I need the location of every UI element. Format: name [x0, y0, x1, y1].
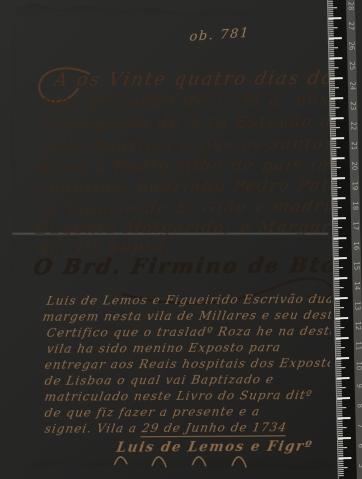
ruler-number: 6: [357, 441, 362, 450]
ruler-cm: 18: [332, 197, 359, 218]
ruler-cm: 25: [329, 57, 356, 78]
manuscript-line: Eugenia Malgarida; e Margari-: [35, 217, 348, 238]
ruler-cm: 12: [335, 317, 362, 338]
ruler-number: 23: [349, 101, 357, 110]
manuscript-line: mes de Junho de 1734 a. nesta: [41, 90, 352, 111]
ruler-number: 16: [352, 241, 360, 250]
ruler-cm: 14: [334, 277, 361, 298]
worm-hole: [19, 11, 23, 15]
manuscript-line: cognitos; padrinho Pedro Patello Pin-: [37, 175, 362, 197]
ruler-cm: 16: [333, 237, 360, 258]
ruler-scale: 2827262524232221201918171615141312111098…: [328, 0, 362, 479]
manuscript-line: Luis de Lemos e Figueirido Escrivão dua: [46, 292, 336, 308]
ruler-number: 15: [352, 261, 360, 270]
ruler-cm: 23: [330, 97, 357, 118]
ruler-number: 8: [356, 401, 362, 410]
ruler-number: 26: [347, 41, 355, 50]
ruler-cm: 9: [337, 377, 362, 398]
manuscript-line: de que fiz fazer a presente e a: [44, 404, 262, 420]
manuscript-line: Collegiada de S.to Estevão desta: [43, 112, 362, 133]
ruler-number: 27: [347, 21, 355, 30]
ruler-cm: 6: [338, 437, 362, 458]
photograph-of-manuscript: ob. 781 A os Vinte quatro dias do mes de…: [0, 0, 362, 479]
ruler-number: 18: [351, 201, 359, 210]
ruler-number: 28: [347, 1, 355, 10]
manuscript-line: matriculado neste Livro do Supra ditº: [44, 388, 314, 404]
ruler-number: 12: [354, 321, 362, 330]
manuscript-line: to Vigario de S. Gião e madrinha: [37, 197, 362, 218]
manuscript-line: vila ha sido menino Exposto para: [46, 340, 282, 356]
measurement-ruler: 2827262524232221201918171615141312111098…: [327, 0, 362, 479]
date-underlined: 29 de Junho de 1734: [140, 420, 288, 437]
ruler-cm: 19: [332, 177, 359, 198]
ruler-number: 19: [351, 181, 359, 190]
manuscript-line: margem nesta vila de Millares e seu dest…: [42, 308, 362, 324]
manuscript-line: olios a Pedro filho de pais in-: [39, 155, 339, 176]
ruler-cm: 22: [331, 117, 358, 138]
manuscript-line: villa bautizei e pus os santos: [41, 134, 337, 155]
ruler-number: 14: [353, 281, 361, 290]
ruler-cm: 20: [332, 157, 359, 178]
ruler-number: 5: [357, 461, 362, 470]
ruler-cm: 7: [337, 417, 362, 438]
ruler-cm: 27: [328, 17, 355, 38]
date-prefix: signei. Vila a: [44, 421, 144, 436]
ruler-cm: 28: [328, 0, 355, 17]
ruler-number: 25: [348, 61, 356, 70]
ruler-cm: 11: [336, 337, 362, 358]
ruler-cm: 13: [335, 297, 362, 318]
ruler-number: 24: [348, 81, 356, 90]
ruler-number: 22: [349, 121, 357, 130]
ruler-cm: 21: [331, 137, 358, 158]
ruler-cm: 10: [336, 357, 362, 378]
ruler-number: 17: [352, 221, 360, 230]
ruler-number: 21: [350, 141, 358, 150]
ruler-number: 9: [355, 381, 362, 390]
ruler-number: 11: [354, 341, 362, 350]
ruler-cm: 5: [338, 457, 362, 478]
ruler-cm: 15: [334, 257, 361, 278]
ruler-cm: 8: [337, 397, 362, 418]
manuscript-paper: ob. 781 A os Vinte quatro dias do mes de…: [0, 0, 362, 479]
archival-number: ob. 781: [189, 26, 250, 45]
ruler-number: 20: [350, 161, 358, 170]
manuscript-line: de Lisboa o qual vai Baptizado e: [44, 372, 276, 388]
ruler-cm: 17: [333, 217, 360, 238]
scribe-signature: Luis de Lemos e Figrº: [115, 439, 314, 456]
ruler-number: 13: [353, 301, 361, 310]
date-line: signei. Vila a 29 de Junho de 1734: [44, 420, 289, 436]
manuscript-line: A os Vinte quatro dias do: [52, 68, 336, 91]
ruler-cm: 24: [330, 77, 357, 98]
ruler-number: 7: [356, 421, 362, 430]
ruler-number: 10: [355, 361, 362, 370]
manuscript-line: Certifico que o trasladº Roza he na dest…: [46, 324, 340, 340]
ruler-cm: 26: [329, 37, 356, 58]
manuscript-line: entregar aos Reais hospitais dos Exposto…: [44, 356, 344, 372]
priest-signature: O Brd. Firmino de Bto. Araujo: [32, 251, 362, 279]
